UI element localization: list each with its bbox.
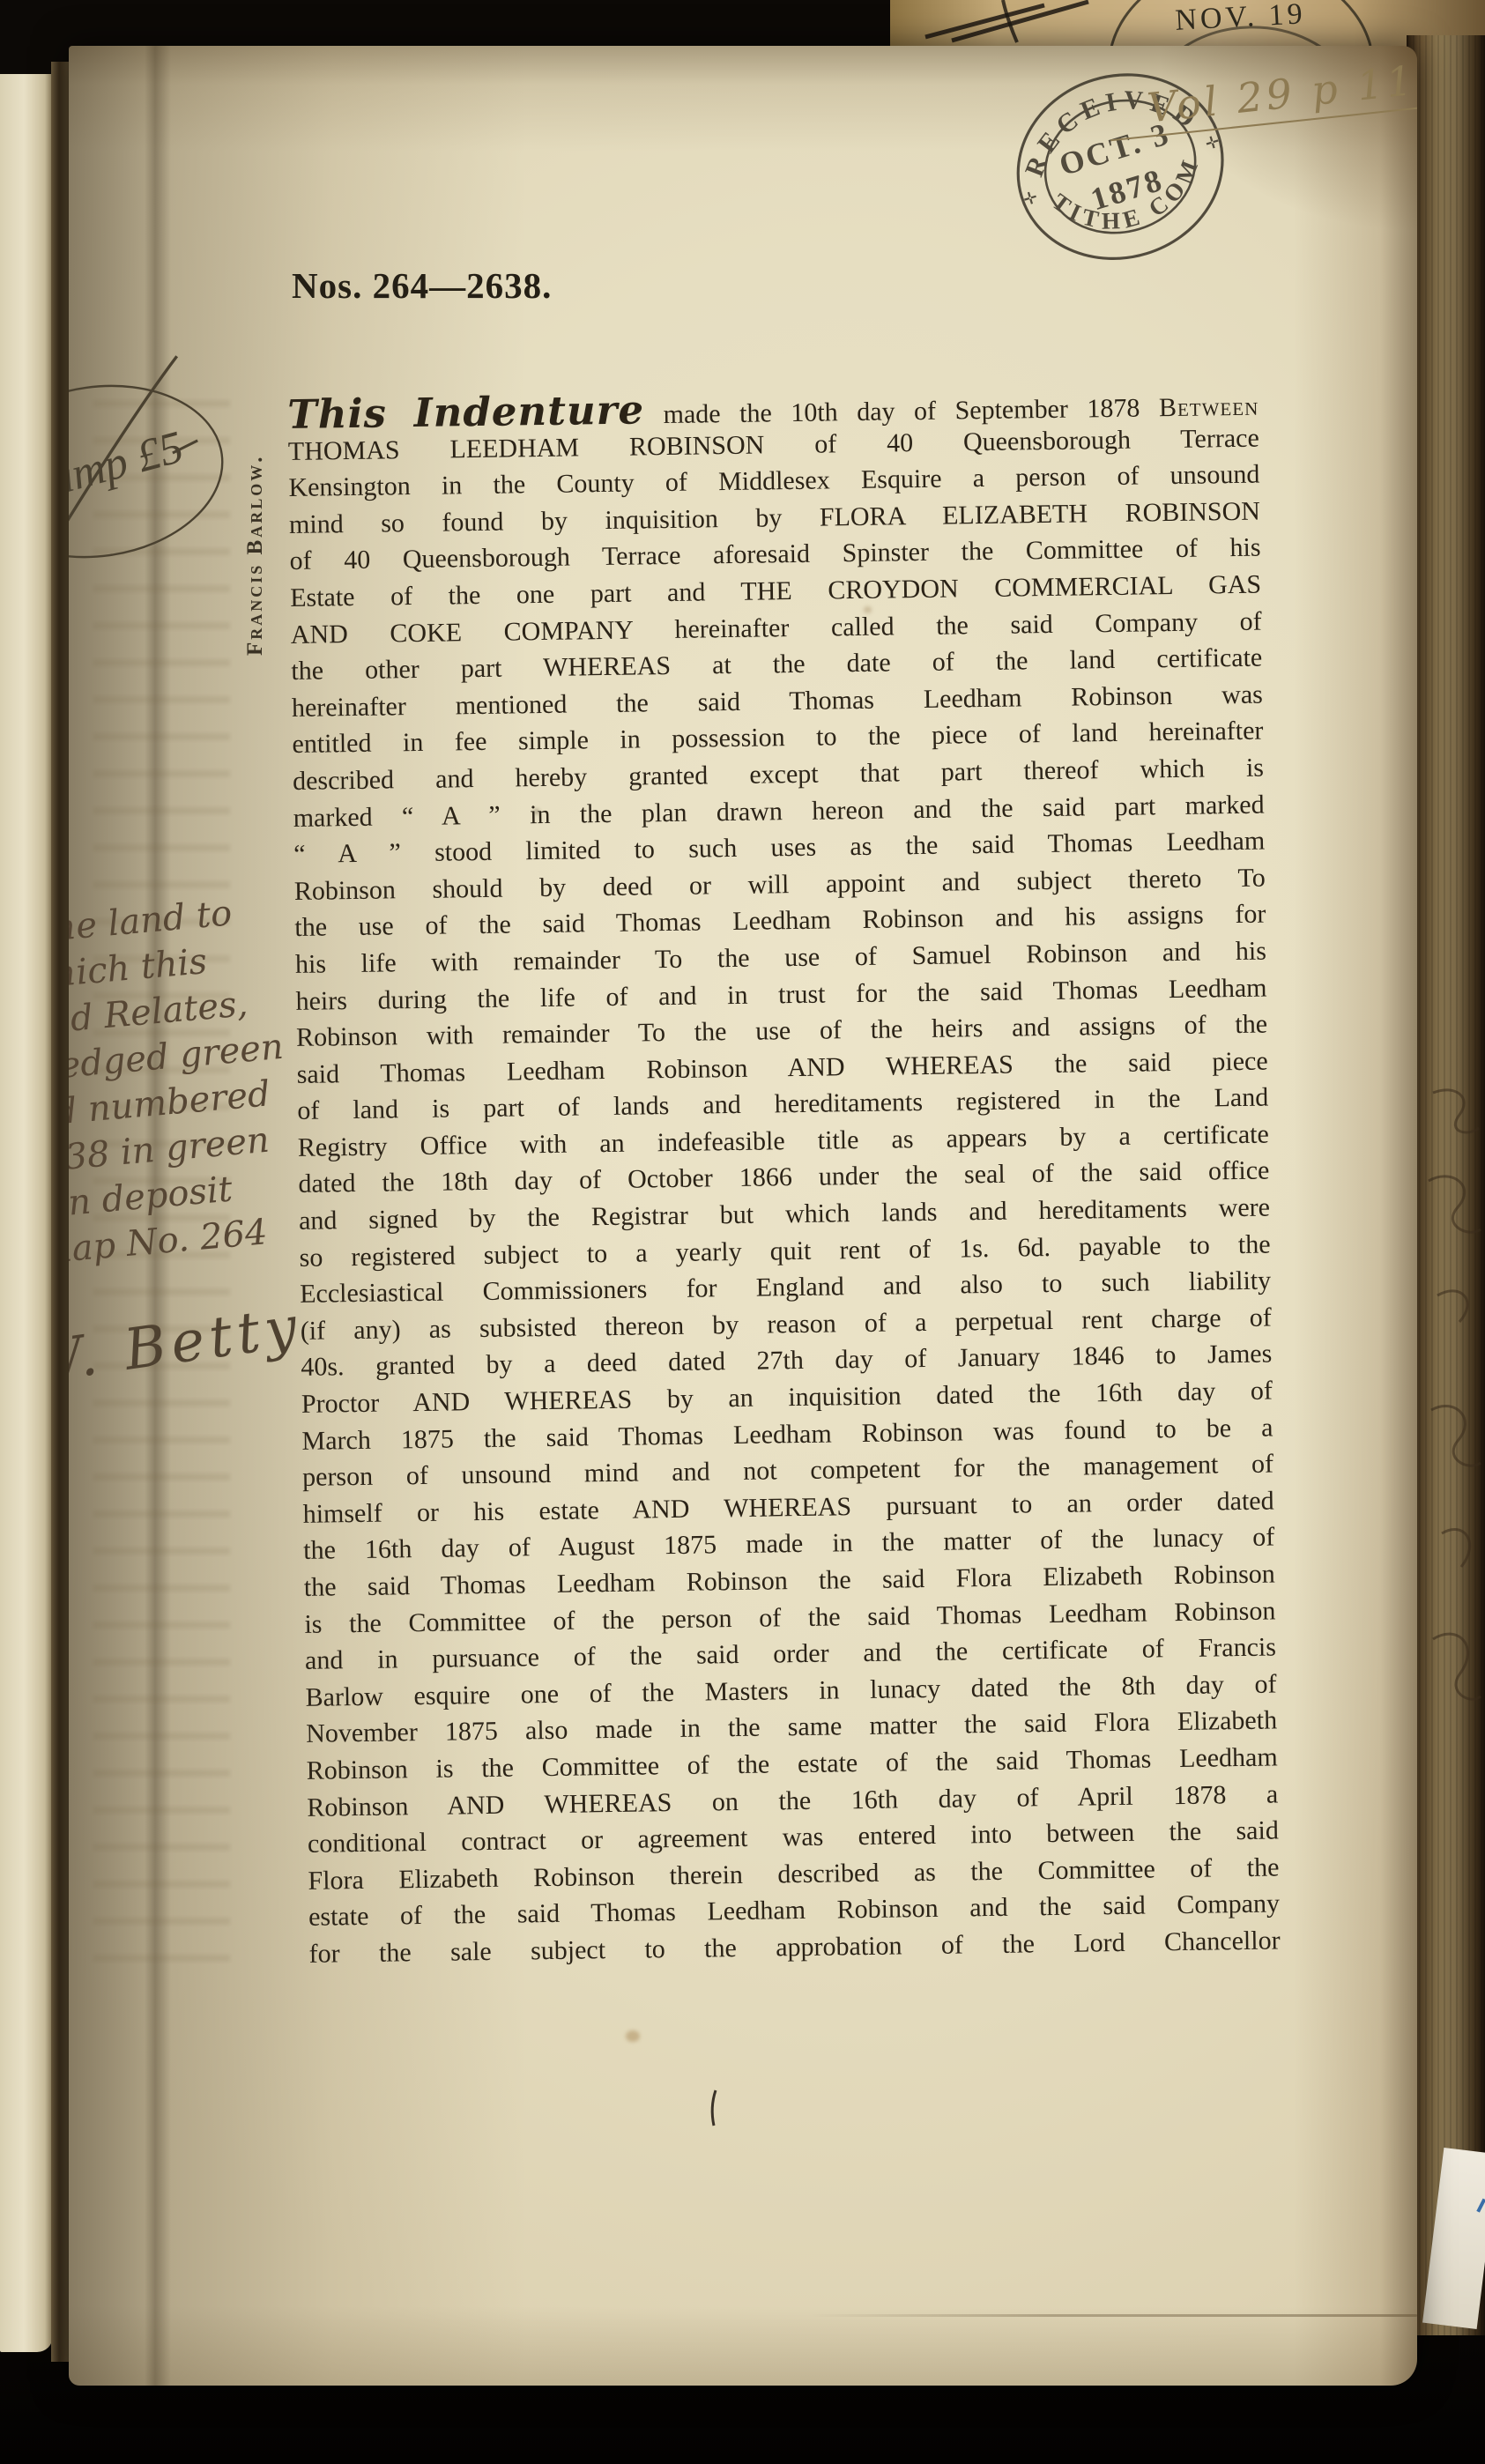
between-word: Between <box>1159 392 1259 423</box>
stamp-duty-oval-note: Stamp £5 <box>69 344 249 600</box>
stamp-duty-text: Stamp £5 <box>69 422 189 516</box>
examiner-name-vertical: Francis Barlow. <box>243 391 268 656</box>
deed-lines-container: THOMAS LEEDHAM ROBINSON of 40 Queensboro… <box>288 419 1281 1972</box>
pen-stroke-marks <box>899 0 1199 44</box>
bottom-crease-line <box>811 2314 1418 2317</box>
bleedthrough-scribbles <box>1407 1075 1485 1763</box>
book-fore-edge <box>1407 35 1485 2335</box>
margin-note: The land towhich thisdeed Relates,is edg… <box>69 882 357 1277</box>
document-numbers: Nos. 264—2638. <box>292 264 552 307</box>
left-leaf-edge <box>0 74 53 2352</box>
scanned-deed-photo: NOV. 19 <box>0 0 1485 2464</box>
blue-ink-mark <box>1476 2199 1485 2213</box>
foxing-spot <box>626 2030 640 2042</box>
deed-page: RECEIVED TITHE COM OCT. 3 1878 ✛ ✛ Vol 2… <box>69 46 1417 2386</box>
deed-body-text: This Indenture made the 10th day of Sept… <box>287 383 1281 1973</box>
ink-tick-mark <box>705 2089 723 2127</box>
